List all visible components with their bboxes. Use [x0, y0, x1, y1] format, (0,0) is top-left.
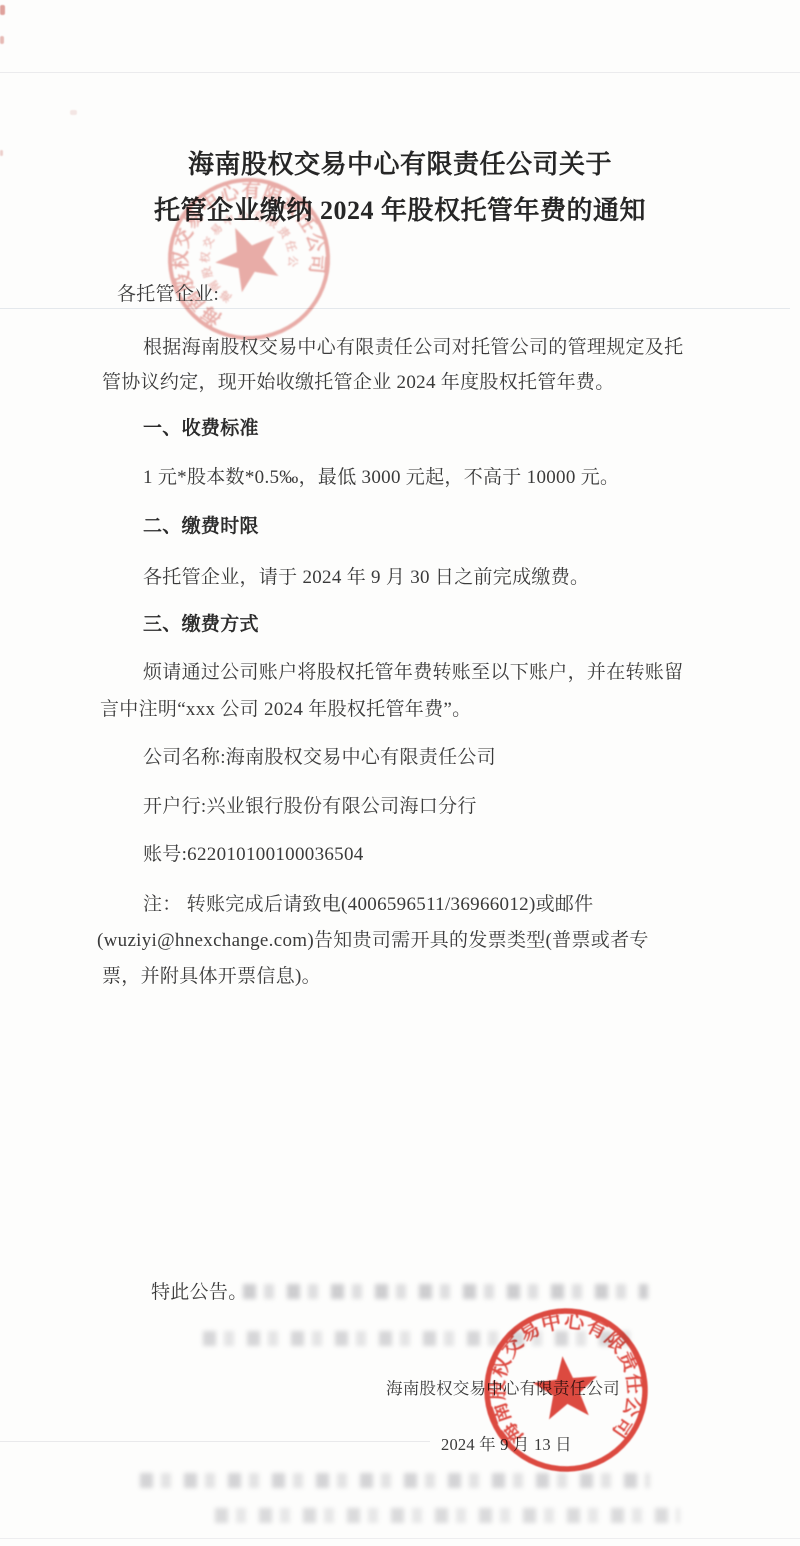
- section2-heading: 二、缴费时限: [143, 513, 259, 540]
- note-line2: (wuziyi@hnexchange.com)告知贵司需开具的发票类型(普票或者…: [97, 927, 649, 954]
- scan-artifact-line: [0, 1538, 800, 1539]
- intro-line2: 管协议约定，现开始收缴托管企业 2024 年度股权托管年费。: [102, 369, 615, 396]
- note-line3: 票，并附具体开票信息)。: [102, 963, 321, 990]
- notice-title-line1: 海南股权交易中心有限责任公司关于: [0, 144, 800, 181]
- section1-body: 1 元*股本数*0.5‰，最低 3000 元起，不高于 10000 元。: [143, 464, 619, 491]
- note-line1: 注： 转账完成后请致电(4006596511/36966012)或邮件: [143, 891, 593, 918]
- scan-artifact-line: [0, 72, 800, 73]
- section3-body-line2: 言中注明“xxx 公司 2024 年股权托管年费”。: [100, 696, 471, 723]
- closing-statement: 特此公告。: [151, 1279, 248, 1306]
- ink-speck: [70, 110, 77, 115]
- account-number: 账号:622010100100036504: [143, 841, 364, 868]
- seal-star-icon: [530, 1353, 601, 1421]
- section3-heading: 三、缴费方式: [143, 611, 259, 638]
- bleed-through-smudge: [140, 1473, 650, 1488]
- scan-artifact-line: [0, 308, 790, 309]
- bleed-through-smudge: [243, 1284, 648, 1299]
- scan-artifact-line: [0, 1441, 430, 1442]
- section3-body-line1: 烦请通过公司账户将股权托管年费转账至以下账户，并在转账留: [143, 659, 683, 686]
- notice-title-line2: 托管企业缴纳 2024 年股权托管年费的通知: [0, 190, 800, 227]
- section1-heading: 一、收费标准: [143, 415, 259, 442]
- salutation: 各托管企业:: [117, 281, 219, 308]
- ink-speck: [0, 36, 4, 44]
- ink-speck: [0, 5, 5, 15]
- section2-body: 各托管企业，请于 2024 年 9 月 30 日之前完成缴费。: [143, 564, 589, 591]
- company-seal-bottom: 海南股权交易中心有限责任公司: [473, 1297, 660, 1484]
- bleed-through-smudge: [215, 1508, 680, 1523]
- account-bank: 开户行:兴业银行股份有限公司海口分行: [143, 793, 477, 820]
- account-company-name: 公司名称:海南股权交易中心有限责任公司: [143, 744, 496, 771]
- intro-line1: 根据海南股权交易中心有限责任公司对托管公司的管理规定及托: [143, 334, 683, 361]
- scanned-notice-page: 海南股权交易中心有限责任公司关于 托管企业缴纳 2024 年股权托管年费的通知 …: [0, 0, 800, 1546]
